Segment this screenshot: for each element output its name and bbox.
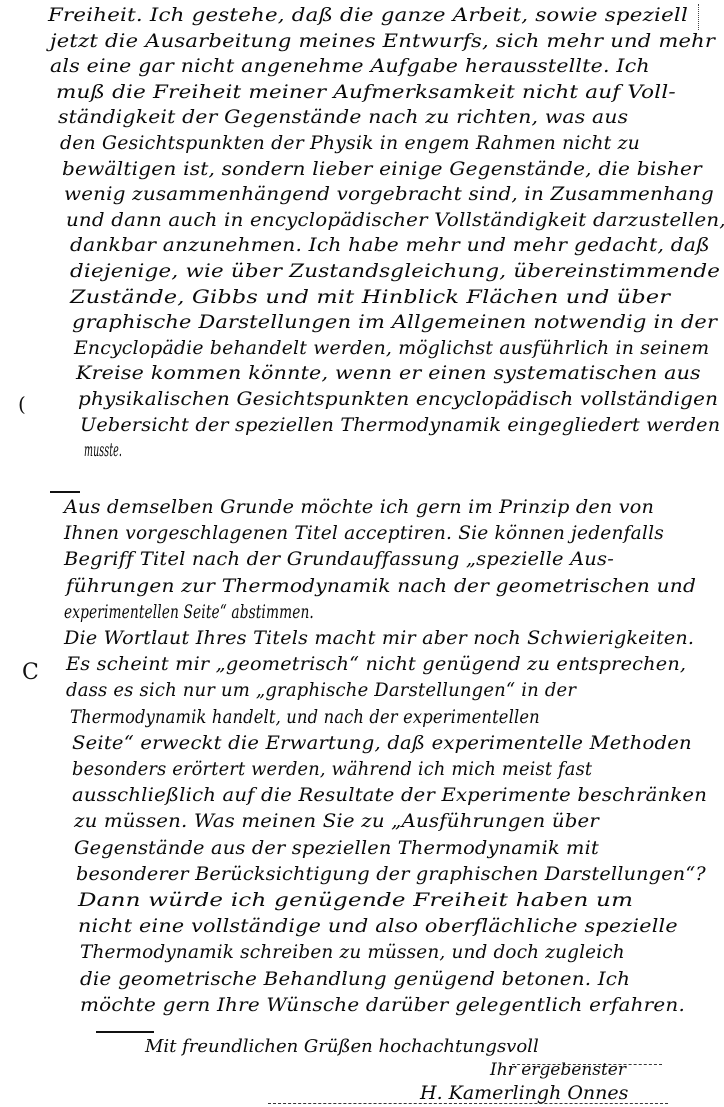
text-line: muß die Freiheit meiner Aufmerksamkeit n… (56, 81, 676, 103)
text-line: bewältigen ist, sondern lieber einige Ge… (62, 158, 702, 180)
text-line: Kreise kommen könnte, wenn er einen syst… (76, 362, 701, 384)
closing-divider (96, 1031, 154, 1033)
text-line: Begriff Titel nach der Grundauffassung „… (64, 548, 614, 570)
text-line: Freiheit. Ich gestehe, daß die ganze Arb… (48, 4, 688, 26)
text-line: den Gesichtspunkten der Physik in engem … (60, 132, 640, 154)
text-line: diejenige, wie über Zustandsgleichung, ü… (70, 260, 720, 282)
text-line: Uebersicht der speziellen Thermodynamik … (80, 414, 720, 436)
text-line: Zustände, Gibbs und mit Hinblick Flächen… (70, 286, 670, 308)
text-line: als eine gar nicht angenehme Aufgabe her… (50, 55, 650, 77)
text-line: die geometrische Behandlung genügend bet… (80, 968, 630, 990)
text-line: musste. (84, 439, 122, 461)
text-line: Es scheint mir „geometrisch“ nicht genüg… (66, 653, 686, 675)
signature: H. Kamerlingh Onnes (420, 1082, 628, 1104)
text-line: Dann würde ich genügende Freiheit haben … (78, 889, 633, 911)
text-line: Encyclopädie behandelt werden, möglichst… (74, 337, 709, 359)
text-line: und dann auch in encyclopädischer Vollst… (66, 209, 724, 231)
section-divider (50, 491, 80, 493)
text-line: jetzt die Ausarbeitung meines Entwurfs, … (50, 30, 715, 52)
margin-mark: ( (18, 392, 26, 416)
text-line: nicht eine vollständige und also oberflä… (78, 915, 678, 937)
text-line: ausschließlich auf die Resultate der Exp… (72, 784, 707, 806)
text-line: besonders erörtert werden, während ich m… (72, 758, 592, 780)
text-line: Ihnen vorgeschlagenen Titel acceptiren. … (64, 522, 664, 544)
text-line: Gegenstände aus der speziellen Thermodyn… (74, 837, 599, 859)
text-line: zu müssen. Was meinen Sie zu „Ausführung… (74, 810, 599, 832)
text-line: Die Wortlaut Ihres Titels macht mir aber… (64, 627, 694, 649)
text-line: ständigkeit der Gegenstände nach zu rich… (58, 106, 628, 128)
text-line: physikalischen Gesichtspunkten encyclopä… (78, 388, 718, 410)
text-line: besonderer Berücksichtigung der graphisc… (76, 863, 706, 885)
signature-underline (268, 1103, 668, 1104)
text-line: Thermodynamik handelt, und nach der expe… (70, 706, 540, 728)
edge-mark (698, 4, 699, 30)
closing-text-2: Ihr ergebenster (490, 1060, 626, 1080)
text-line: Seite“ erweckt die Erwartung, daß experi… (72, 732, 692, 754)
letter-page: Freiheit. Ich gestehe, daß die ganze Arb… (0, 0, 724, 1107)
margin-mark: C (22, 660, 39, 685)
text-line: Aus demselben Grunde möchte ich gern im … (64, 496, 654, 518)
closing-text: Mit freundlichen Grüßen hochachtungsvoll (145, 1036, 539, 1057)
text-line: führungen zur Thermodynamik nach der geo… (66, 575, 696, 597)
text-line: wenig zusammenhängend vorgebracht sind, … (64, 183, 714, 205)
text-line: dass es sich nur um „graphische Darstell… (66, 679, 576, 701)
text-line: graphische Darstellungen im Allgemeinen … (72, 311, 717, 333)
text-line: dankbar anzunehmen. Ich habe mehr und me… (70, 234, 710, 256)
text-line: Thermodynamik schreiben zu müssen, und d… (80, 941, 625, 963)
text-line: möchte gern Ihre Wünsche darüber gelegen… (80, 994, 685, 1016)
text-line: experimentellen Seite“ abstimmen. (64, 601, 314, 623)
